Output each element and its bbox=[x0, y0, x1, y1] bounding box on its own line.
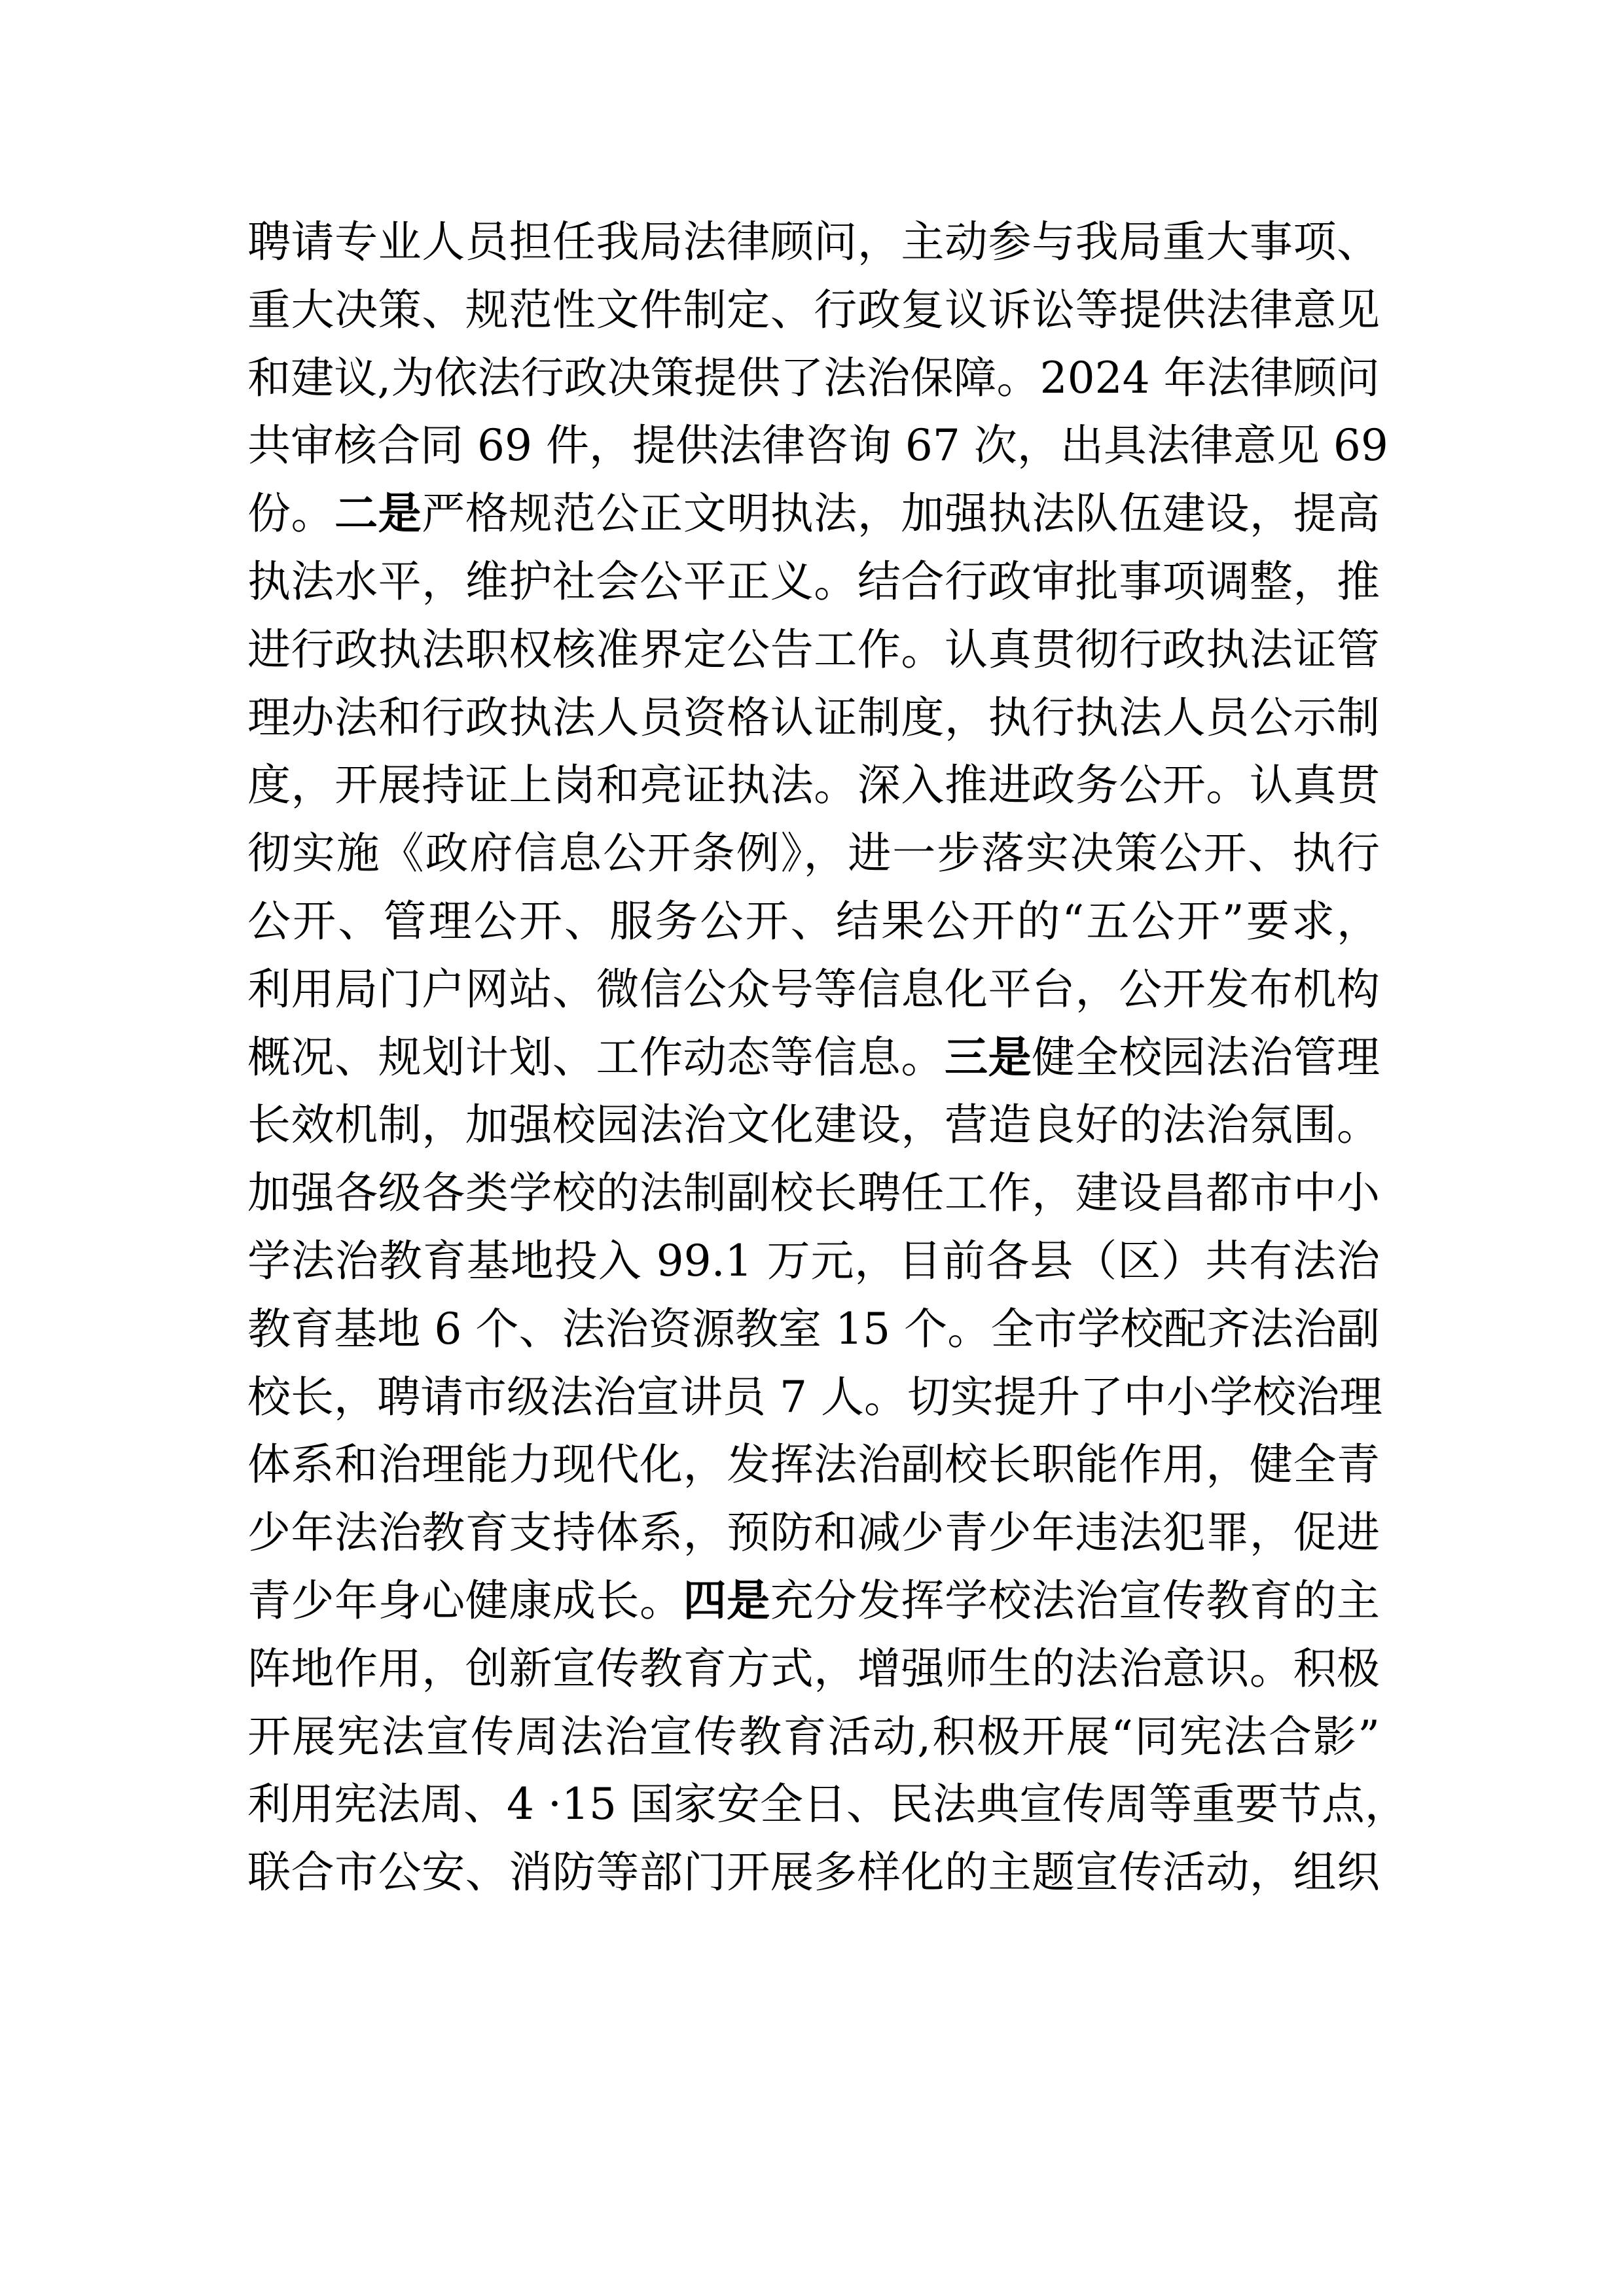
text-segment: 学法治教育基地投入 99.1 万元，目前各县（区）共有法治 bbox=[247, 1236, 1380, 1286]
text-line: 少年法治教育支持体系，预防和减少青少年违法犯罪，促进 bbox=[247, 1499, 1380, 1567]
text-line: 阵地作用，创新宣传教育方式，增强师生的法治意识。积极 bbox=[247, 1635, 1380, 1703]
text-segment: 阵地作用，创新宣传教育方式，增强师生的法治意识。积极 bbox=[247, 1643, 1380, 1694]
text-segment: 健全校园法治管理 bbox=[1032, 1032, 1380, 1083]
text-line: 利用局门户网站、微信公众号等信息化平台，公开发布机构 bbox=[247, 956, 1380, 1024]
text-line: 学法治教育基地投入 99.1 万元，目前各县（区）共有法治 bbox=[247, 1227, 1380, 1295]
text-line: 和建议,为依法行政决策提供了法治保障。2024 年法律顾问 bbox=[247, 344, 1380, 412]
text-line: 联合市公安、消防等部门开展多样化的主题宣传活动，组织 bbox=[247, 1839, 1380, 1907]
text-segment: 校长，聘请市级法治宣讲员 7 人。切实提升了中小学校治理 bbox=[247, 1372, 1382, 1422]
text-segment: 彻实施《政府信息公开条例》，进一步落实决策公开、执行 bbox=[247, 828, 1380, 878]
text-segment: 份。 bbox=[247, 488, 334, 539]
text-segment: 联合市公安、消防等部门开展多样化的主题宣传活动，组织 bbox=[247, 1847, 1380, 1897]
text-line: 度，开展持证上岗和亮证执法。深入推进政务公开。认真贯 bbox=[247, 751, 1380, 819]
bold-lead-phrase: 三是 bbox=[945, 1031, 1032, 1083]
text-segment: 利用宪法周、4 ·15 国家安全日、民法典宣传周等重要节点， bbox=[247, 1779, 1408, 1829]
text-line: 开展宪法宣传周法治宣传教育活动,积极开展“同宪法合影” bbox=[247, 1703, 1380, 1771]
text-segment: 严格规范公正文明执法，加强执法队伍建设，提高 bbox=[422, 488, 1380, 539]
bold-lead-phrase: 二是 bbox=[334, 488, 422, 539]
text-line: 加强各级各类学校的法制副校长聘任工作，建设昌都市中小 bbox=[247, 1159, 1380, 1227]
text-line: 重大决策、规范性文件制定、行政复议诉讼等提供法律意见 bbox=[247, 276, 1380, 344]
text-segment: 共审核合同 69 件，提供法律咨询 67 次，出具法律意见 69 bbox=[247, 420, 1388, 471]
text-line: 共审核合同 69 件，提供法律咨询 67 次，出具法律意见 69 bbox=[247, 412, 1380, 480]
text-line: 进行政执法职权核准界定公告工作。认真贯彻行政执法证管 bbox=[247, 616, 1380, 684]
text-line: 长效机制，加强校园法治文化建设，营造良好的法治氛围。 bbox=[247, 1091, 1380, 1159]
text-segment: 体系和治理能力现代化，发挥法治副校长职能作用，健全青 bbox=[247, 1439, 1380, 1490]
text-segment: 教育基地 6 个、法治资源教室 15 个。全市学校配齐法治副 bbox=[247, 1304, 1380, 1354]
text-line: 彻实施《政府信息公开条例》，进一步落实决策公开、执行 bbox=[247, 819, 1380, 888]
text-segment: 度，开展持证上岗和亮证执法。深入推进政务公开。认真贯 bbox=[247, 760, 1380, 810]
text-segment: 重大决策、规范性文件制定、行政复议诉讼等提供法律意见 bbox=[247, 285, 1380, 335]
bold-lead-phrase: 四是 bbox=[683, 1575, 770, 1626]
text-line: 利用宪法周、4 ·15 国家安全日、民法典宣传周等重要节点， bbox=[247, 1770, 1380, 1839]
text-segment: 执法水平，维护社会公平正义。结合行政审批事项调整，推 bbox=[247, 556, 1380, 607]
text-line: 体系和治理能力现代化，发挥法治副校长职能作用，健全青 bbox=[247, 1431, 1380, 1499]
text-segment: 开展宪法宣传周法治宣传教育活动,积极开展“同宪法合影” bbox=[247, 1712, 1380, 1762]
text-segment: 少年法治教育支持体系，预防和减少青少年违法犯罪，促进 bbox=[247, 1507, 1380, 1558]
body-paragraph: 聘请专业人员担任我局法律顾问，主动参与我局重大事项、重大决策、规范性文件制定、行… bbox=[247, 208, 1380, 1907]
text-segment: 公开、管理公开、服务公开、结果公开的“五公开”要求， bbox=[247, 896, 1380, 946]
text-line: 校长，聘请市级法治宣讲员 7 人。切实提升了中小学校治理 bbox=[247, 1363, 1380, 1431]
text-segment: 进行政执法职权核准界定公告工作。认真贯彻行政执法证管 bbox=[247, 624, 1380, 675]
text-segment: 青少年身心健康成长。 bbox=[247, 1575, 683, 1626]
text-segment: 概况、规划计划、工作动态等信息。 bbox=[247, 1032, 945, 1083]
text-line: 概况、规划计划、工作动态等信息。三是健全校园法治管理 bbox=[247, 1024, 1380, 1092]
text-segment: 长效机制，加强校园法治文化建设，营造良好的法治氛围。 bbox=[247, 1100, 1380, 1150]
text-line: 教育基地 6 个、法治资源教室 15 个。全市学校配齐法治副 bbox=[247, 1295, 1380, 1363]
text-segment: 充分发挥学校法治宣传教育的主 bbox=[770, 1575, 1380, 1626]
text-line: 聘请专业人员担任我局法律顾问，主动参与我局重大事项、 bbox=[247, 208, 1380, 276]
text-segment: 利用局门户网站、微信公众号等信息化平台，公开发布机构 bbox=[247, 964, 1380, 1014]
text-line: 理办法和行政执法人员资格认证制度，执行执法人员公示制 bbox=[247, 684, 1380, 752]
text-line: 公开、管理公开、服务公开、结果公开的“五公开”要求， bbox=[247, 888, 1380, 956]
text-segment: 聘请专业人员担任我局法律顾问，主动参与我局重大事项、 bbox=[247, 217, 1380, 267]
text-line: 青少年身心健康成长。四是充分发挥学校法治宣传教育的主 bbox=[247, 1567, 1380, 1635]
text-line: 份。二是严格规范公正文明执法，加强执法队伍建设，提高 bbox=[247, 480, 1380, 548]
text-segment: 理办法和行政执法人员资格认证制度，执行执法人员公示制 bbox=[247, 692, 1380, 743]
text-segment: 和建议,为依法行政决策提供了法治保障。2024 年法律顾问 bbox=[247, 353, 1380, 403]
document-page: 聘请专业人员担任我局法律顾问，主动参与我局重大事项、重大决策、规范性文件制定、行… bbox=[0, 0, 1624, 2296]
text-segment: 加强各级各类学校的法制副校长聘任工作，建设昌都市中小 bbox=[247, 1168, 1380, 1218]
text-line: 执法水平，维护社会公平正义。结合行政审批事项调整，推 bbox=[247, 548, 1380, 616]
